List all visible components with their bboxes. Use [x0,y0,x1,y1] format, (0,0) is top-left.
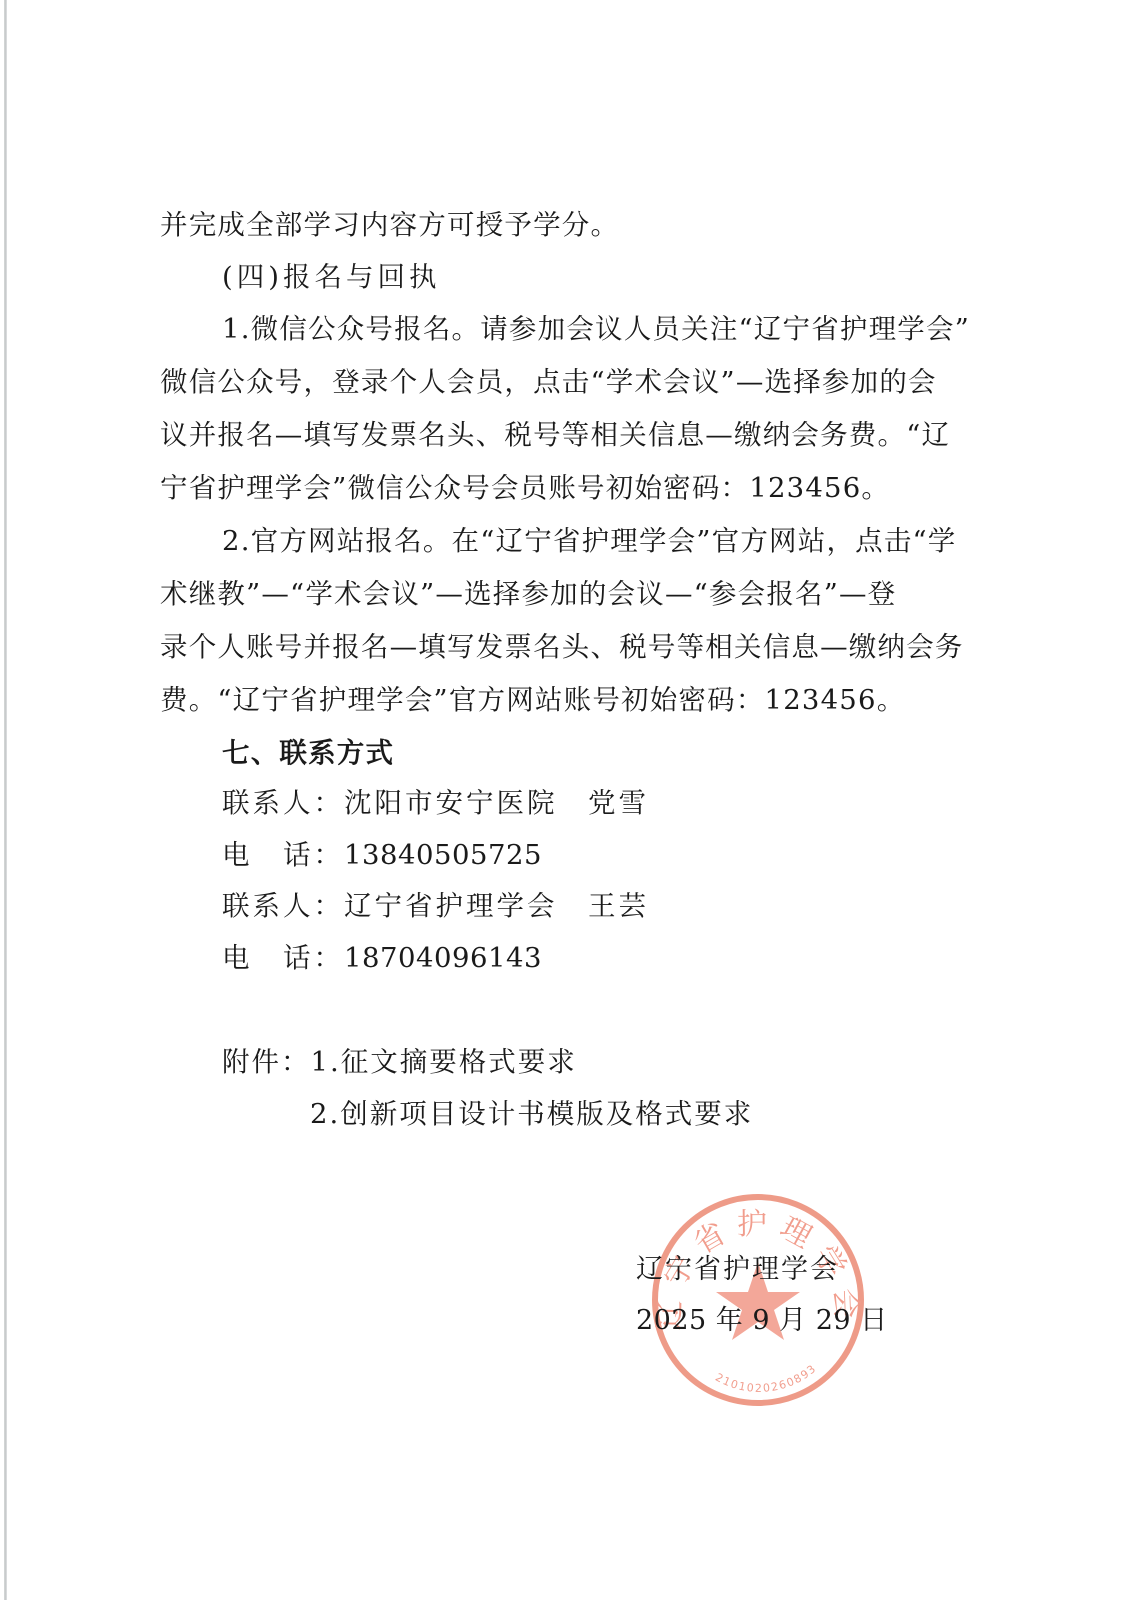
attachment-item: 2.创新项目设计书模版及格式要求 [310,1094,753,1134]
contact-label: 电 话： [222,839,344,871]
contact-section-title: 七、联系方式 [222,733,394,773]
phone-number: 18704096143 [344,942,542,974]
contact-row: 电 话：13840505725 [222,835,542,875]
paragraph-line: 录个人账号并报名—填写发票名头、税号等相关信息—缴纳会务 [160,627,964,667]
contact-label: 电 话： [222,942,344,974]
official-seal-icon: 辽宁省护理学会 2101020260893 [650,1192,866,1408]
signature-organization: 辽宁省护理学会 [636,1250,839,1290]
contact-row: 联系人：辽宁省护理学会 王芸 [222,886,649,926]
contact-value: 沈阳市安宁医院 党雪 [344,787,649,819]
scan-edge [4,0,7,1600]
paragraph-line: 术继教”—“学术会议”—选择参加的会议—“参会报名”—登 [160,574,896,614]
contact-label: 联系人： [222,890,344,922]
attachment-row: 附件：1.征文摘要格式要求 [222,1042,577,1082]
attachments-label: 附件： [222,1046,311,1078]
attachment-item: 1.征文摘要格式要求 [311,1046,577,1078]
paragraph-line: 费。“辽宁省护理学会”官方网站账号初始密码：123456。 [160,680,905,720]
contact-row: 联系人：沈阳市安宁医院 党雪 [222,783,649,823]
paragraph-line: 微信公众号，登录个人会员，点击“学术会议”—选择参加的会 [160,362,937,402]
phone-number: 13840505725 [344,839,542,871]
contact-row: 电 话：18704096143 [222,938,542,978]
contact-label: 联系人： [222,787,344,819]
subsection-title: (四)报名与回执 [222,257,440,297]
continuation-line: 并完成全部学习内容方可授予学分。 [160,205,619,245]
signature-date: 2025 年 9 月 29 日 [636,1301,888,1341]
contact-value: 辽宁省护理学会 王芸 [344,890,649,922]
paragraph-line: 2.官方网站报名。在“辽宁省护理学会”官方网站，点击“学 [222,521,957,561]
paragraph-line: 1.微信公众号报名。请参加会议人员关注“辽宁省护理学会” [222,309,970,349]
paragraph-line: 宁省护理学会”微信公众号会员账号初始密码：123456。 [160,468,890,508]
paragraph-line: 议并报名—填写发票名头、税号等相关信息—缴纳会务费。“辽 [160,415,950,455]
